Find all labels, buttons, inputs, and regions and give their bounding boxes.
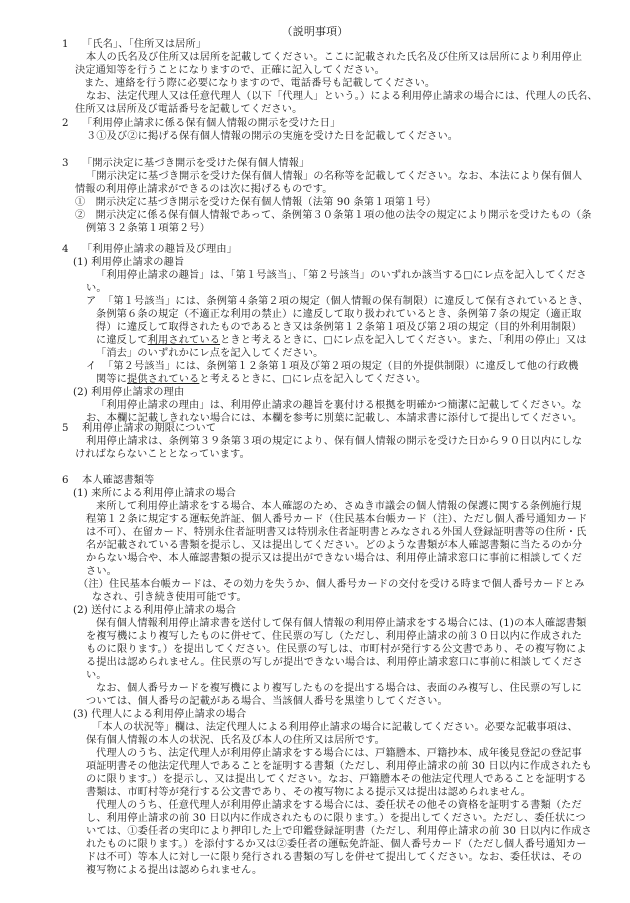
section-6-text: からない場合や、本人確認書類の提示又は提出ができない場合は、利用停止請求窓口に事… (86, 552, 582, 565)
section-3-text: 情報の利用停止請求ができるのは次に掲げるものです。 (75, 183, 333, 196)
section-6-text: 項証明書その他法定代理人であることを証明する書類（ただし、利用停止請求の前 30… (86, 760, 592, 773)
section-5-heading: 利用停止請求の期限について (82, 422, 216, 435)
section-1-heading: 「氏名」、「住所又は居所」 (82, 38, 206, 51)
section-6-text: 書類は、市町村等が発行する公文書であり、その複写物による提示又は提出は認められま… (86, 786, 531, 799)
item-a-underlined-text: 利用されている (148, 335, 220, 346)
section-6-text: のに限ります。）を提示し、又は提出してください。なお、戸籍謄本その他法定代理人で… (86, 773, 587, 786)
section-5-text: ければならないこととなっています。 (75, 448, 250, 461)
section-6-sub2-heading: (2) 送付による利用停止請求の場合 (73, 604, 236, 617)
section-5-number: 5 (62, 422, 69, 435)
item-i-label: イ (86, 360, 96, 373)
section-3-list-item: ② 開示決定に係る保有個人情報であって、条例第３０条第１項の他の法令の規定により… (75, 209, 592, 222)
section-1-text: また、連絡を行う際に必要になりますので、電話番号も記載してください。 (84, 77, 435, 90)
item-i-text: 関等に提供されていると考えるときに、□にレ点を記入してください。 (96, 373, 426, 386)
section-4-number: 4 (62, 243, 69, 256)
section-2-heading: 「利用停止請求に係る保有個人情報の開示を受けた日」 (82, 117, 340, 130)
section-1-text: なお、法定代理人又は任意代理人（以下「代理人」という。）による利用停止請求の場合… (86, 90, 598, 103)
section-6-note: （注）住民基本台帳カードは、その効力を失うか、個人番号カードの交付を受ける時まで… (78, 578, 585, 591)
section-6-text: し、利用停止請求の前 30 日以内に作成されたものに限ります。）を提出してくださ… (86, 812, 586, 825)
item-i-text-pre: 関等に (96, 374, 127, 385)
section-6-sub1-heading: (1) 来所による利用停止請求の場合 (73, 487, 236, 500)
section-4-text: 「利用停止請求の趣旨」は、「第１号該当」、「第２号該当」のいずれか該当する□にレ… (96, 269, 587, 282)
section-4-text: い。 (86, 282, 107, 295)
item-i-text: 「第２号該当」には、条例第１２条第１項及び第２項の規定（目的外提供制限）に違反し… (103, 360, 579, 373)
section-6-text: いては、①委任者の実印により押印した上で印鑑登録証明書（ただし、利用停止請求の前… (86, 825, 592, 838)
section-6-text: 来所して利用停止請求をする場合、本人確認のため、さぬき市議会の個人情報の保護に関… (96, 500, 581, 513)
section-6-text: は不可）、在留カード、特別永住者証明書又は特別永住者証明書とみなされる外国人登録… (86, 526, 587, 539)
section-6-text: 名が記載されている書類を提示し、又は提出してください。どのような書類が本人確認書… (86, 539, 582, 552)
section-1-number: 1 (62, 38, 69, 51)
section-6-text: 保有個人情報の本人の状況、氏名及び本人の住所又は居所です。 (86, 734, 385, 747)
item-a-label: ア (86, 295, 96, 308)
section-3-list-item: ① 開示決定に基づき開示を受けた保有個人情報（法第 90 条第１項第１号） (75, 196, 436, 209)
section-6-text: 代理人のうち、法定代理人が利用停止請求をする場合には、戸籍謄本、戸籍抄本、成年後… (96, 747, 582, 760)
section-3-text: 「開示決定に基づき開示を受けた保有個人情報」の名称等を記載してください。なお、本… (86, 170, 582, 183)
item-a-text: に違反して利用されているときと考えるときに、□にレ点を記入してください。また、「… (96, 334, 587, 347)
section-6-text: 保有個人情報利用停止請求書を送付して保有個人情報の利用停止請求をする場合には、(… (96, 617, 586, 630)
section-1-text: 住所又は居所及び電話番号を記載してください。 (75, 103, 302, 116)
item-a-text: 「消去」のいずれかにレ点を記入してください。 (96, 347, 323, 360)
section-6-text: る提出は認められません。住民票の写しが提出できない場合は、利用停止請求窓口に事前… (86, 656, 583, 669)
section-6-heading: 本人確認書類等 (82, 474, 154, 487)
section-6-number: 6 (62, 474, 69, 487)
section-4-sub1-heading: (1) 利用停止請求の趣旨 (73, 256, 184, 269)
section-6-text: 程第１２条に規定する運転免許証、個人番号カード（住民基本台帳カード（注）、ただし… (86, 513, 587, 526)
item-a-text-post: ときと考えるときに、□にレ点を記入してください。また、「利用の停止」又は (220, 335, 586, 346)
section-6-text: を複写機により複写したものに併せて、住民票の写し（ただし、利用停止請求の前３０日… (86, 630, 582, 643)
section-6-text: い。 (86, 669, 107, 682)
section-6-text: 複写物による提出は認められません。 (86, 864, 262, 877)
section-6-text: ものに限ります。）を提出してください。住民票の写しは、市町村が発行する公文書であ… (86, 643, 587, 656)
section-1-text: 本人の氏名及び住所又は居所を記載してください。ここに記載された氏名及び住所又は居… (86, 51, 582, 64)
section-6-text: なお、個人番号カードを複写機により複写したものを提出する場合は、表面のみ複写し、… (96, 682, 582, 695)
section-6-text: 「本人の状況等」欄は、法定代理人による利用停止請求の場合に記載してください。必要… (92, 721, 578, 734)
section-6-note: なされ、引き続き使用可能です。 (92, 591, 247, 604)
section-6-text: 代理人のうち、任意代理人が利用停止請求をする場合には、委任状その他その資格を証明… (96, 799, 582, 812)
section-6-text: ついては、個人番号の記載がある場合、当該個人番号を黒塗りしてください。 (86, 695, 448, 708)
section-4-text: 「利用停止請求の理由」は、利用停止請求の趣旨を裏付ける根拠を明確かつ簡潔に記載し… (96, 399, 582, 412)
item-i-text-post: と考えるときに、□にレ点を記入してください。 (199, 374, 426, 385)
item-a-text: 「第１号該当」には、条例第４条第２項の規定（個人情報の保有制限）に違反して保有さ… (103, 295, 588, 308)
item-i-underlined-text: 提供されている (127, 374, 199, 385)
section-6-text: ドは不可）等本人に対し一に限り発行される書類の写しを併せて提出してください。なお… (86, 851, 582, 864)
section-3-number: 3 (62, 157, 69, 170)
section-2-text: ３①及び②に掲げる保有個人情報の開示の実施を受けた日を記載してください。 (86, 130, 458, 143)
explanation-document: （説明事項） 1 「氏名」、「住所又は居所」 本人の氏名及び住所又は居所を記載し… (0, 0, 630, 903)
section-6-text: さい。 (86, 565, 117, 578)
section-3-list-item: 例第３２条第１項第２号） (86, 222, 210, 235)
section-4-sub2-heading: (2) 利用停止請求の理由 (73, 386, 184, 399)
item-a-text: 条例第６条の規定（不適正な利用の禁止）に違反して取り扱われているとき、条例第７条… (96, 308, 581, 321)
item-a-text-pre: に違反して (96, 335, 148, 346)
section-6-sub3-heading: (3) 代理人による利用停止請求の場合 (73, 708, 246, 721)
section-6-text: れたものに限ります。）を添付するか又は②委任者の運転免許証、個人番号カード（ただ… (86, 838, 587, 851)
item-a-text: 得）に違反して取得されたものであるとき又は条例第１２条第１項及び第２項の規定（目… (96, 321, 582, 334)
section-2-number: 2 (62, 117, 69, 130)
section-5-text: 利用停止請求は、条例第３９条第３項の規定により、保有個人情報の開示を受けた日から… (86, 435, 582, 448)
section-3-heading: 「開示決定に基づき開示を受けた保有個人情報」 (82, 157, 309, 170)
section-1-text: 決定通知等を行うことになりますので、正確に記入してください。 (75, 64, 385, 77)
section-4-heading: 「利用停止請求の趣旨及び理由」 (82, 243, 237, 256)
document-title: （説明事項） (0, 25, 630, 38)
